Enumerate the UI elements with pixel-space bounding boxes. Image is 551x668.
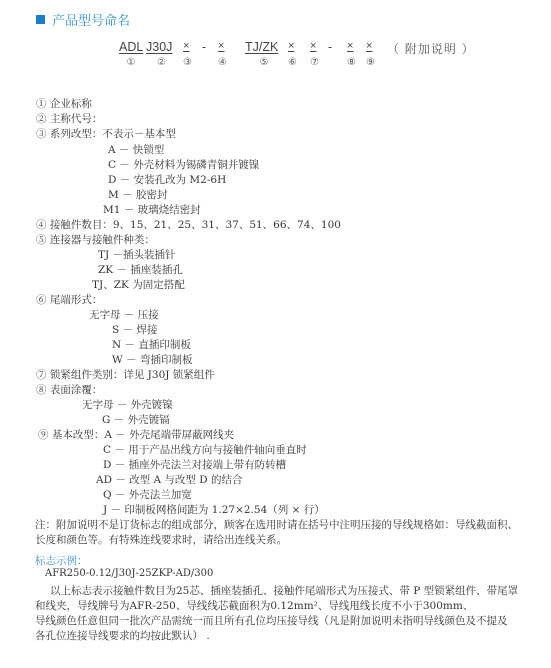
model-code-index: ①	[127, 57, 136, 68]
definition-line: A － 快锁型	[108, 142, 164, 157]
model-code-part: -	[202, 40, 206, 54]
model-code-index: ②	[157, 57, 166, 68]
definition-line: 无字母 － 外壳镀镍	[82, 397, 173, 412]
section-title-text: 产品型号命名	[52, 10, 130, 29]
model-code-part: J30J	[146, 40, 172, 54]
definition-line: TJ、ZK 为固定搭配	[92, 277, 185, 292]
definition-line: TJ －插头装插针	[98, 247, 176, 262]
definition-line: ZK － 插座装插孔	[98, 262, 183, 277]
definition-line: C － 用于产品出线方向与接触件轴向垂直时	[103, 442, 307, 457]
definition-line: ⑨ 基本改型：A － 外壳尾端带屏蔽网线夹	[38, 427, 234, 442]
definition-line: ⑤ 连接器与接触件种类：	[36, 232, 155, 247]
definition-line: N － 直插印制板	[112, 337, 191, 352]
model-code-index: ⑥	[288, 57, 297, 68]
model-code-part: ×	[288, 40, 294, 52]
section-title: 产品型号命名	[36, 10, 130, 29]
definition-line: G － 外壳镀镉	[102, 412, 170, 427]
definition-line: ⑥ 尾端形式：	[36, 292, 102, 307]
definition-line: ② 主称代号：	[36, 111, 102, 126]
example-code: AFR250-0.12/J30J-25ZKP-AD/300	[45, 568, 213, 579]
example-desc-3: 导线颜色任意但同一批次产品需统一而且所有孔位均压接导线（凡是附加说明未指明导线颜…	[35, 613, 508, 628]
model-code-part: ×	[218, 40, 224, 52]
definition-line: M － 胶密封	[108, 187, 167, 202]
example-desc-1: 以上标志表示接触件数目为25芯、插座装插孔、接触件尾端形式为压接式、带 P 型锁…	[50, 583, 518, 598]
definition-line: 注：附加说明不是订货标志的组成部分，顾客在选用时请在括号中注明压接的导线规格如：…	[35, 517, 518, 532]
model-code-part: ADL	[119, 40, 143, 54]
model-code-index: ⑨	[366, 57, 375, 68]
definition-line: 无字母 － 压接	[89, 307, 159, 322]
definition-line: ④ 接触件数目：9、15、21、25、31、37、51、66、74、100	[36, 217, 341, 232]
definition-line: Q － 外壳法兰加宽	[103, 487, 192, 502]
example-heading: 标志示例：	[35, 553, 88, 568]
definition-line: ③ 系列改型：不表示－基本型	[36, 126, 176, 141]
model-code-index: ⑦	[310, 57, 319, 68]
definition-line: ① 企业标称	[36, 96, 92, 111]
model-code-part: ×	[347, 40, 353, 52]
model-code-part: ×	[183, 40, 189, 52]
definition-line: ⑦ 锁紧组件类别：详见 J30J 锁紧组件	[36, 367, 215, 382]
model-code-part: -	[328, 40, 332, 54]
definition-line: S － 焊接	[112, 322, 157, 337]
definition-line: J － 印制板网格间距为 1.27×2.54（列 × 行）	[103, 502, 325, 517]
model-code-part: TJ/ZK	[245, 40, 278, 54]
definition-line: C － 外壳材料为锡磷青铜并镀镍	[108, 157, 259, 172]
definition-line: AD － 改型 A 与改型 D 的结合	[96, 472, 243, 487]
model-code-part: ×	[366, 40, 372, 52]
definition-line: 长度和颜色等。有特殊连线要求时，请给出连线关系。	[35, 532, 287, 547]
definition-line: W － 弯插印制板	[112, 352, 192, 367]
model-code-index: ⑤	[260, 57, 269, 68]
square-bullet-icon	[36, 15, 45, 24]
model-code-index: ④	[218, 57, 227, 68]
model-code-index: ⑧	[347, 57, 356, 68]
model-code-index: ③	[183, 57, 192, 68]
definition-line: D － 安装孔改为 M2-6H	[108, 172, 226, 187]
definition-line: M1 － 玻璃烧结密封	[103, 202, 201, 217]
definition-line: ⑧ 表面涂覆：	[36, 382, 102, 397]
model-code-part: ×	[310, 40, 316, 52]
example-desc-4: 各孔位连接导线要求的均按此默认） .	[35, 628, 210, 643]
definition-line: D － 插座外壳法兰对接端上带有防转槽	[103, 457, 286, 472]
example-desc-2: 和线夹，导线牌号为AFR-250、导线线芯截面积为0.12mm²、导线甩线长度不…	[35, 598, 473, 613]
additional-note-label: （ 附加说明 ）	[387, 40, 475, 57]
